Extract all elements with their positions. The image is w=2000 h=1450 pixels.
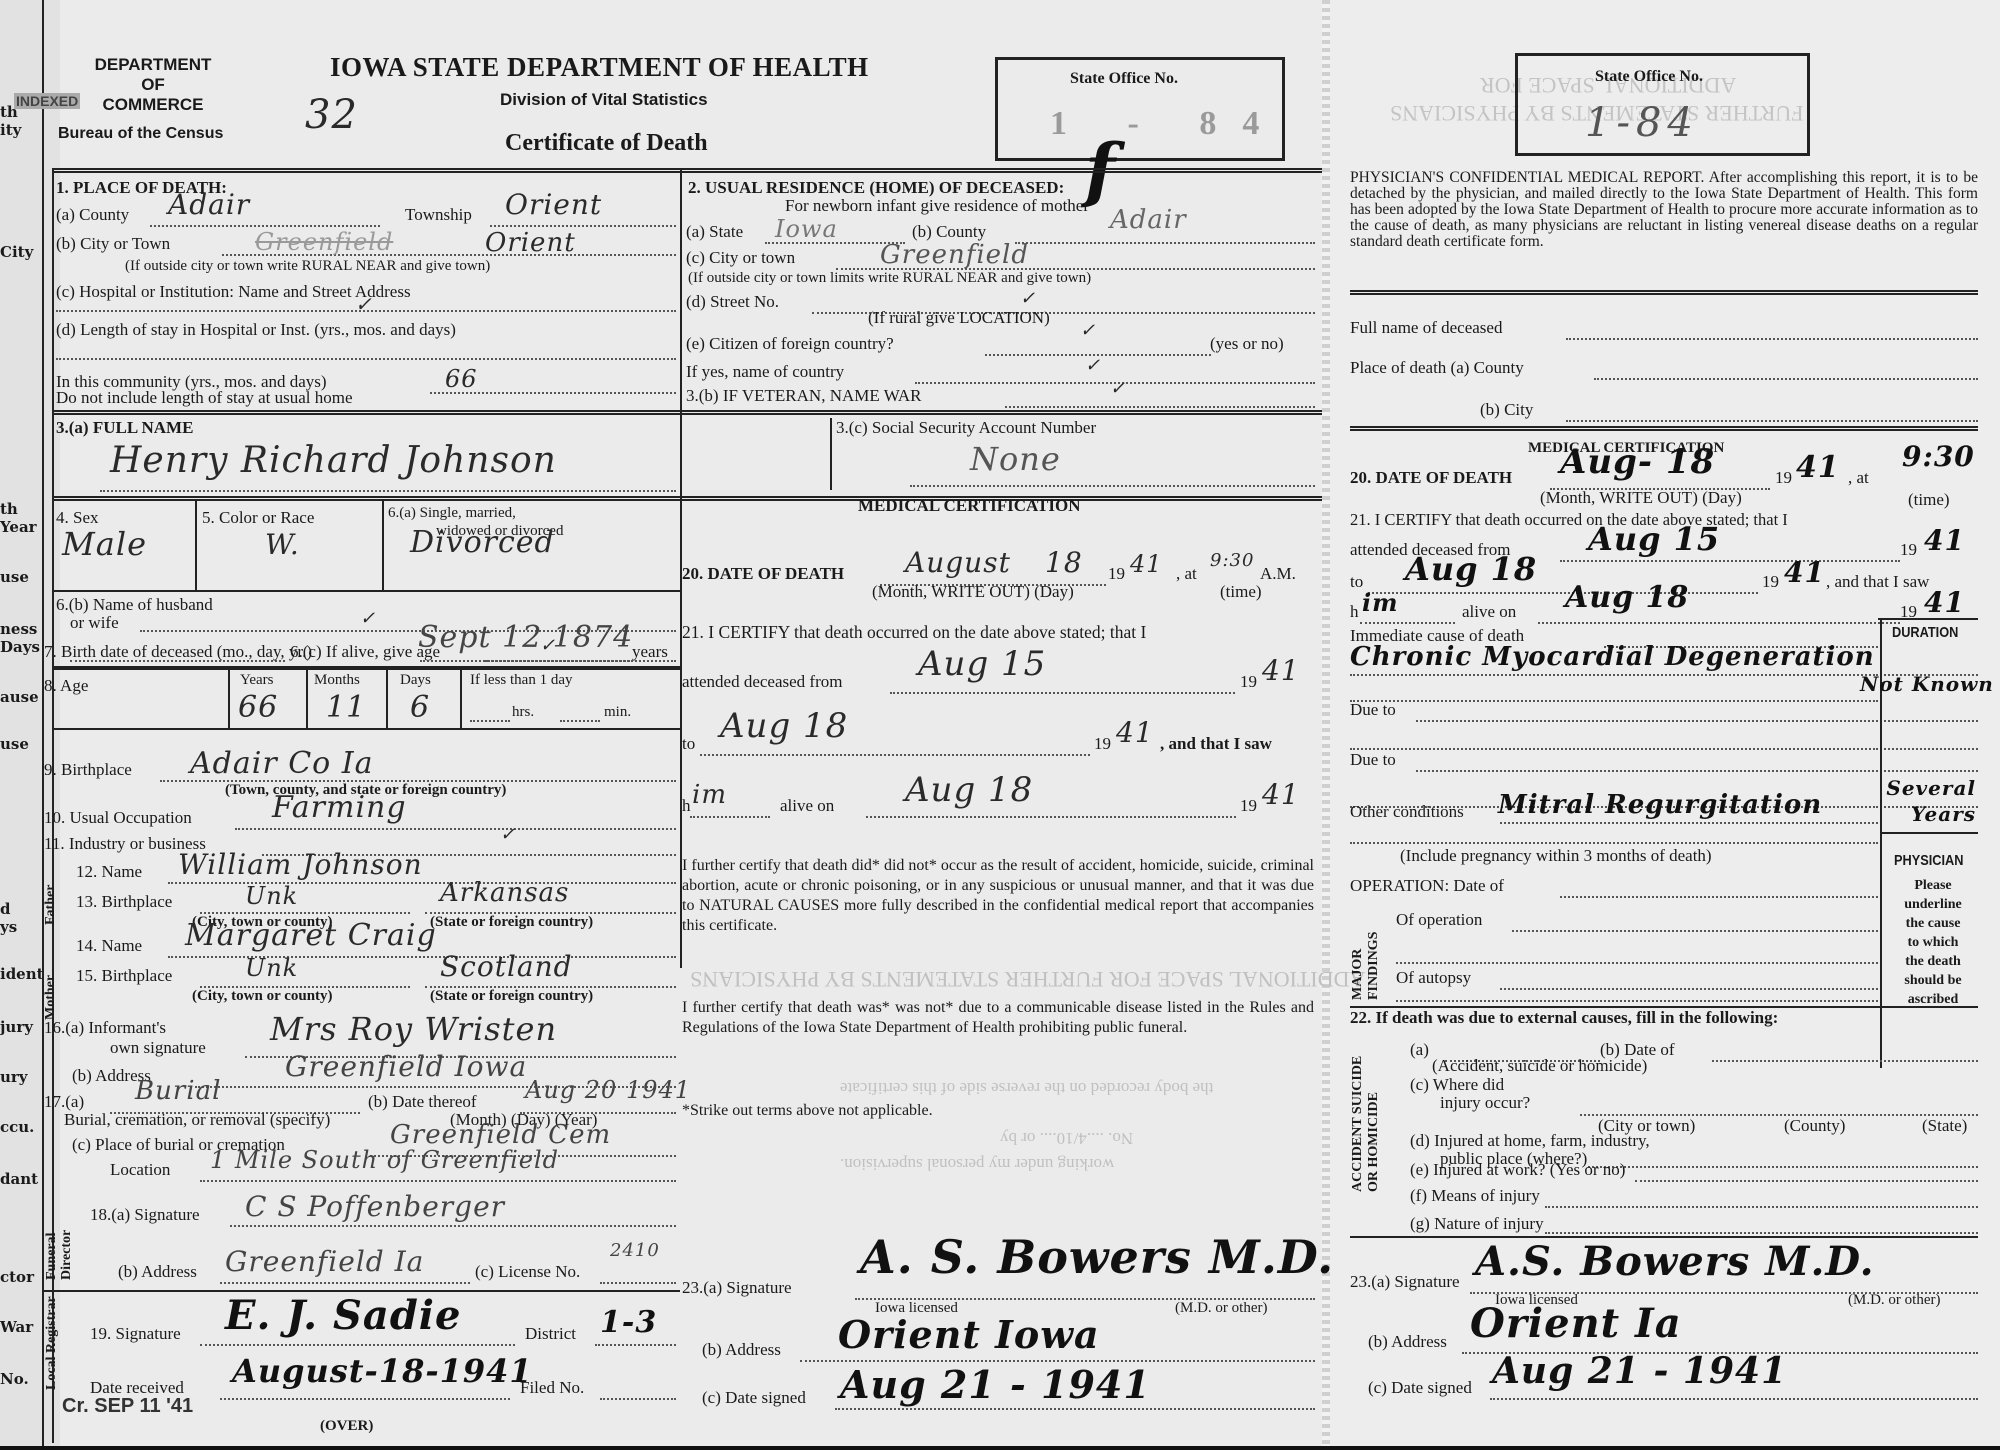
father-state-note: (State or foreign country)	[430, 914, 593, 931]
ext-e-label: (e) Injured at work? (Yes or no)	[1410, 1160, 1625, 1180]
strip-label: d ys	[0, 900, 17, 936]
attended-from-value[interactable]: Aug 15	[918, 644, 1046, 684]
dept-line: OF	[88, 75, 218, 95]
death-date-note: (Month, WRITE OUT) (Day)	[872, 582, 1074, 602]
ext-d-line	[1588, 1166, 1978, 1168]
conf-to-prefix: 19	[1762, 572, 1779, 592]
age-hrs-line	[470, 720, 510, 722]
of-operation-line-2	[1396, 962, 1878, 964]
physician-date-line	[835, 1408, 1315, 1410]
received-date-stamp: Cr. SEP 11 '41	[62, 1395, 193, 1418]
burial-location-label: Location	[110, 1160, 170, 1180]
spouse-age-suffix: years	[632, 642, 668, 662]
birth-value[interactable]: Sept 12 1874	[418, 620, 633, 655]
birth-label: 7. Birth date of deceased (mo., day, yr.…	[44, 642, 312, 662]
conf-intro: PHYSICIAN'S CONFIDENTIAL MEDICAL REPORT.…	[1350, 170, 1978, 250]
residence-heading: 2. USUAL RESIDENCE (HOME) OF DECEASED:	[688, 178, 1064, 198]
occupation-line	[235, 828, 676, 830]
fd-license-label: (c) License No.	[475, 1262, 580, 1282]
ext-a-label: (a)	[1410, 1040, 1429, 1060]
certify-text: 21. I CERTIFY that death occurred on the…	[682, 622, 1146, 643]
informant-label-line: own signature	[44, 1038, 206, 1058]
conf-rule	[1350, 290, 1978, 295]
attended-to-year[interactable]: 41	[1116, 716, 1154, 749]
res-citizen-suffix: (yes or no)	[1210, 334, 1284, 354]
due-to-line-1b	[1350, 748, 1878, 750]
registrar-received-line	[220, 1398, 510, 1400]
age-header-months: Months	[314, 672, 360, 689]
further-certify-2: I further certify that death was* was no…	[682, 998, 1314, 1038]
conf-state-office-label: State Office No.	[1595, 68, 1703, 86]
other-conditions-value[interactable]: Mitral Regurgitation	[1498, 790, 1822, 820]
death-date-label: 20. DATE OF DEATH	[682, 564, 844, 584]
age-col-divider	[306, 668, 308, 728]
community-value[interactable]: 66	[445, 365, 478, 393]
conf-death-year-prefix: 19	[1775, 468, 1792, 488]
ghost-no-line: No. ....4/10.... or by	[1000, 1128, 1133, 1148]
age-min-line	[560, 720, 600, 722]
race-divider	[382, 500, 384, 590]
hospital-value[interactable]: ✓	[355, 292, 373, 316]
duration-rule	[1882, 832, 1978, 834]
res-country-value[interactable]: ✓	[1085, 355, 1101, 376]
him-line	[690, 816, 770, 818]
attended-from-year[interactable]: 41	[1262, 654, 1300, 687]
over-label: (OVER)	[320, 1418, 373, 1435]
city-crossed-value: Greenfield	[255, 228, 393, 256]
res-county-value[interactable]: Adair	[1110, 205, 1187, 235]
alive-year[interactable]: 41	[1262, 778, 1300, 811]
ext-b-line	[1712, 1060, 1978, 1062]
bureau-label: Bureau of the Census	[58, 125, 223, 143]
conf-full-name-line	[1566, 338, 1978, 340]
father-birth-state[interactable]: Arkansas	[440, 878, 569, 908]
conf-him-value[interactable]: im	[1362, 588, 1399, 617]
age-months-value[interactable]: 11	[326, 690, 366, 725]
duration-label: DURATION	[1892, 624, 1958, 641]
conf-signature-label: 23.(a) Signature	[1350, 1272, 1460, 1292]
strip-label: dant	[0, 1170, 38, 1188]
of-operation-label: Of operation	[1396, 910, 1482, 930]
accident-tag: ACCIDENT SUICIDE OR HOMICIDE	[1350, 1052, 1400, 1192]
ext-c-label: (c) Where did injury occur?	[1410, 1076, 1530, 1112]
fd-address-line	[220, 1282, 470, 1284]
physician-date-label: (c) Date signed	[702, 1388, 806, 1408]
strip-label: th Year	[0, 500, 37, 536]
informant-address-value[interactable]: Greenfield Iowa	[285, 1050, 527, 1083]
registrar-signature-line	[200, 1344, 515, 1346]
physician-date-value[interactable]: Aug 21 - 1941	[840, 1362, 1151, 1407]
state-office-label: State Office No.	[1070, 70, 1178, 88]
ext-f-line	[1545, 1206, 1978, 1208]
fd-signature-label: 18.(a) Signature	[90, 1205, 200, 1225]
stay-label: (d) Length of stay in Hospital or Inst. …	[56, 320, 456, 340]
conf-md-note: (M.D. or other)	[1848, 1292, 1940, 1309]
mother-tag: Mother	[44, 940, 58, 1020]
conf-him-line	[1360, 622, 1455, 624]
ext-e-line	[1635, 1180, 1978, 1182]
city-note: (If outside city or town write RURAL NEA…	[125, 258, 490, 275]
physician-title: PHYSICIAN	[1894, 852, 1963, 869]
mother-birth-label: 15. Birthplace	[76, 966, 172, 986]
operation-line	[1560, 896, 1878, 898]
handwritten-number: 32	[305, 92, 358, 138]
certificate-title: Certificate of Death	[505, 130, 708, 157]
res-county-label: (b) County	[912, 222, 986, 242]
registrar-filed-label: Filed No.	[520, 1378, 584, 1398]
pregnancy-note: (Include pregnancy within 3 months of de…	[1400, 846, 1712, 866]
conf-address-value[interactable]: Orient Ia	[1470, 1300, 1682, 1347]
strip-text: ys	[0, 918, 17, 936]
strip-label: ause	[0, 688, 39, 706]
strip-text: ity	[0, 121, 21, 139]
physician-signature-value[interactable]: A. S. Bowers M.D.	[860, 1230, 1334, 1284]
mother-name-value[interactable]: Margaret Craig	[185, 918, 437, 953]
strip-text: th	[0, 500, 37, 518]
ssn-label: 3.(c) Social Security Account Number	[836, 418, 1096, 438]
physician-note-line: should be	[1888, 971, 1978, 990]
conf-death-value[interactable]: Aug- 18	[1560, 442, 1715, 482]
conf-death-label: 20. DATE OF DEATH	[1350, 468, 1512, 488]
age-days-value[interactable]: 6	[410, 690, 430, 725]
city-value[interactable]: Orient	[485, 228, 576, 258]
physician-address-label: (b) Address	[702, 1340, 781, 1360]
ext-c-line: injury occur?	[1410, 1094, 1530, 1112]
father-name-value[interactable]: William Johnson	[178, 848, 423, 881]
strip-label: ury	[0, 1068, 28, 1086]
row-rule	[52, 728, 680, 730]
mother-birth-state[interactable]: Scotland	[440, 950, 573, 983]
death-year-value[interactable]: 41	[1130, 550, 1163, 578]
age-col-divider	[228, 668, 230, 728]
marital-value[interactable]: Divorced	[410, 525, 555, 560]
attended-to-value[interactable]: Aug 18	[720, 706, 848, 746]
immediate-cause-value[interactable]: Chronic Myocardial Degeneration	[1350, 642, 1875, 672]
local-registrar-tag: Local Registrar	[44, 1290, 76, 1390]
of-autopsy-label: Of autopsy	[1396, 968, 1471, 988]
race-value[interactable]: W.	[265, 528, 300, 561]
father-birth-city[interactable]: Unk	[245, 882, 298, 910]
burial-a-label: 17.(a)	[44, 1092, 84, 1112]
immediate-cause-line-2	[1350, 674, 1878, 676]
page-title: IOWA STATE DEPARTMENT OF HEALTH	[330, 52, 869, 83]
physician-note-line: to which	[1888, 933, 1978, 952]
industry-value[interactable]: ✓	[500, 824, 516, 845]
township-label: Township	[405, 205, 472, 225]
hospital-line	[56, 310, 676, 312]
fd-signature-value[interactable]: C S Poffenberger	[245, 1190, 505, 1223]
death-month-value[interactable]: August	[905, 546, 1011, 579]
registrar-filed-line	[600, 1398, 676, 1400]
physician-md-note: (M.D. or other)	[1175, 1300, 1267, 1317]
alive-year-prefix: 19	[1240, 796, 1257, 816]
other-conditions-line	[1500, 822, 1878, 824]
conf-city-label: (b) City	[1480, 400, 1533, 420]
res-city-value[interactable]: Greenfield	[880, 240, 1029, 270]
father-name-label: 12. Name	[76, 862, 142, 882]
res-state-label: (a) State	[686, 222, 743, 242]
physician-note-line: the death	[1888, 952, 1978, 971]
city-label: (b) City or Town	[56, 234, 170, 254]
occupation-value[interactable]: Farming	[272, 790, 407, 825]
conf-attended-to-year[interactable]: 41	[1784, 556, 1825, 589]
fd-address-label: (b) Address	[118, 1262, 197, 1282]
dept-line: COMMERCE	[88, 95, 218, 115]
county-value[interactable]: Adair	[168, 188, 250, 221]
attended-to-label: to	[682, 734, 695, 754]
stay-line	[56, 358, 676, 360]
him-value[interactable]: im	[692, 780, 727, 810]
res-county-line	[1015, 242, 1315, 244]
death-time-note: (time)	[1220, 582, 1262, 602]
age-years-value[interactable]: 66	[238, 690, 278, 725]
conf-state-office-value[interactable]: 1-84	[1585, 100, 1699, 146]
residence-subheading: For newborn infant give residence of mot…	[785, 196, 1089, 216]
section-rule	[52, 410, 1322, 415]
ext-c-line: (c) Where did	[1410, 1076, 1530, 1094]
duration-line	[1884, 748, 1978, 750]
ext-g-label: (g) Nature of injury	[1410, 1214, 1544, 1234]
strip-text: ness	[0, 620, 40, 638]
alive-on-value[interactable]: Aug 18	[905, 770, 1033, 810]
strip-text: Year	[0, 518, 37, 536]
race-label: 5. Color or Race	[202, 508, 314, 528]
conf-attended-from-prefix: 19	[1900, 540, 1917, 560]
marital-label-line: 6.(a) Single, married,	[388, 504, 563, 522]
ext-c-note-county: (County)	[1784, 1116, 1845, 1136]
row-rule	[52, 668, 680, 670]
conf-death-label-text: 20. DATE OF DEATH	[1350, 468, 1512, 487]
attended-from-label: attended deceased from	[682, 672, 842, 692]
occupation-label: 10. Usual Occupation	[44, 808, 192, 828]
strip-label: jury	[0, 1018, 33, 1036]
fd-address-value[interactable]: Greenfield Ia	[225, 1245, 424, 1278]
full-name-label: 3.(a) FULL NAME	[56, 418, 193, 438]
due-to-line-2	[1416, 770, 1878, 772]
attended-from-line	[890, 692, 1235, 694]
registrar-received-value[interactable]: August-18-1941	[232, 1352, 533, 1390]
burial-a-note: Burial, cremation, or removal (specify)	[64, 1110, 330, 1130]
conf-city-line	[1566, 420, 1978, 422]
full-name-value[interactable]: Henry Richard Johnson	[110, 440, 557, 481]
death-date-label-text: 20. DATE OF DEATH	[682, 564, 844, 583]
conf-death-at: , at	[1848, 468, 1869, 488]
death-day-value[interactable]: 18	[1045, 546, 1083, 579]
county-line	[150, 225, 380, 227]
age-header-less-than-day: If less than 1 day	[470, 672, 572, 689]
bottom-edge	[0, 1446, 2000, 1450]
conf-attended-from-line	[1560, 560, 1900, 562]
ext-f-label: (f) Means of injury	[1410, 1186, 1540, 1206]
strip-label: use	[0, 735, 29, 753]
burial-date-label: (b) Date thereof	[368, 1092, 477, 1112]
indexed-stamp: INDEXED	[14, 93, 80, 109]
due-to-line-1	[1416, 720, 1878, 722]
res-veteran-line	[1005, 406, 1315, 408]
ssn-value[interactable]: None	[970, 440, 1061, 478]
physician-note-line: the cause	[1888, 914, 1978, 933]
fd-license-value[interactable]: 2410	[610, 1240, 660, 1261]
conf-attended-to[interactable]: Aug 18	[1405, 550, 1537, 588]
registrar-district-line	[595, 1344, 676, 1346]
ext-g-line	[1545, 1232, 1978, 1234]
informant-signature[interactable]: Mrs Roy Wristen	[270, 1010, 557, 1048]
duration-top-rule	[1878, 618, 1978, 620]
birthplace-value[interactable]: Adair Co Ia	[190, 746, 374, 781]
of-autopsy-line-2	[1396, 1000, 1878, 1002]
age-header-years: Years	[240, 672, 273, 689]
father-tag: Father	[44, 855, 58, 925]
full-name-line	[100, 490, 676, 492]
due-to-label-2: Due to	[1350, 750, 1396, 770]
strip-label: No.	[0, 1370, 29, 1388]
conf-signature-value[interactable]: A.S. Bowers M.D.	[1475, 1238, 1875, 1285]
conf-full-name-label: Full name of deceased	[1350, 318, 1502, 338]
full-name-label-text: 3.(a) FULL NAME	[56, 418, 193, 437]
res-street-value[interactable]: ✓	[1020, 288, 1036, 309]
saw-suffix: , and that I saw	[1160, 734, 1272, 754]
other-conditions-label: Other conditions	[1350, 802, 1464, 822]
ext-d-line: (d) Injured at home, farm, industry,	[1410, 1132, 1650, 1150]
attended-to-line	[700, 754, 1090, 756]
father-birth-label: 13. Birthplace	[76, 892, 172, 912]
strip-label: use	[0, 568, 29, 586]
township-line	[490, 225, 676, 227]
attended-to-year-prefix: 19	[1094, 734, 1111, 754]
duration-line	[1884, 770, 1978, 772]
ext-a-note: (Accident, suicide or homicide)	[1432, 1056, 1647, 1076]
ext-c-note-state: (State)	[1922, 1116, 1967, 1136]
fd-license-line	[600, 1282, 676, 1284]
res-citizen-value[interactable]: ✓	[1080, 320, 1096, 341]
township-value[interactable]: Orient	[505, 188, 602, 221]
major-findings-tag: MAJOR FINDINGS	[1350, 890, 1386, 1000]
burial-location-line	[200, 1180, 676, 1182]
strip-text: d	[0, 900, 17, 918]
conf-rule	[1350, 426, 1978, 431]
conf-alive-line	[1538, 622, 1900, 624]
alive-on-line	[866, 816, 1236, 818]
age-header-days: Days	[400, 672, 431, 689]
conf-him-prefix: h	[1350, 602, 1359, 622]
ssn-divider	[830, 418, 832, 490]
dept-commerce: DEPARTMENT OF COMMERCE	[88, 55, 218, 115]
conf-to-line	[1368, 592, 1758, 594]
mother-birth-city[interactable]: Unk	[245, 954, 298, 982]
burial-location-value[interactable]: 1 Mile South of Greenfield	[210, 1146, 559, 1174]
res-state-value[interactable]: Iowa	[775, 215, 838, 243]
res-veteran-value[interactable]: ✓	[1110, 378, 1126, 399]
strip-label: ctor	[0, 1268, 34, 1286]
registrar-district-label: District	[525, 1324, 576, 1344]
age-hrs-label: hrs.	[512, 704, 534, 721]
death-year-prefix: 19	[1108, 564, 1125, 584]
burial-date-value[interactable]: Aug 20 1941	[525, 1076, 691, 1104]
conf-death-time[interactable]: 9:30	[1902, 440, 1975, 473]
row-rule	[52, 590, 680, 592]
strip-label: City	[0, 243, 33, 261]
physician-note-line: Please	[1888, 876, 1978, 895]
funeral-director-tag: Funeral Director	[44, 1180, 76, 1280]
division-label: Division of Vital Statistics	[500, 90, 708, 110]
conf-death-year[interactable]: 41	[1796, 450, 1840, 485]
row-rule	[52, 666, 680, 668]
duration-line	[1884, 720, 1978, 722]
conf-attended-from-year[interactable]: 41	[1924, 524, 1965, 557]
community-note: Do not include length of stay at usual h…	[56, 388, 353, 408]
death-time-value[interactable]: 9:30	[1210, 550, 1254, 571]
death-at-label: , at	[1176, 564, 1197, 584]
physician-note-line: underline	[1888, 895, 1978, 914]
conf-county-line	[1594, 378, 1978, 380]
conf-date-line	[1490, 1398, 1978, 1400]
birth-line	[420, 660, 676, 662]
conf-date-value[interactable]: Aug 21 - 1941	[1492, 1350, 1787, 1392]
conf-alive-year[interactable]: 41	[1924, 586, 1965, 619]
him-prefix: h	[682, 796, 691, 816]
header-rule	[52, 168, 1322, 173]
res-street-note: (If rural give LOCATION)	[868, 308, 1050, 328]
informant-label: 16.(a) Informant's own signature	[44, 1018, 206, 1058]
ghost-additional-space: ADDITIONAL SPACE FOR FURTHER STATEMENTS …	[690, 966, 1365, 992]
birthplace-label: 9. Birthplace	[44, 760, 132, 780]
mother-state-note: (State or foreign country)	[430, 988, 593, 1005]
res-city-note: (If outside city or town limits write RU…	[688, 270, 1091, 287]
res-city-label: (c) City or town	[686, 248, 795, 268]
other-duration-value[interactable]: Several Years	[1846, 775, 1976, 827]
due-to-label-1: Due to	[1350, 700, 1396, 720]
duration-value[interactable]: Not Known	[1860, 672, 1994, 696]
ssn-line	[910, 485, 1315, 487]
conf-saw-suffix: , and that I saw	[1826, 572, 1929, 592]
registrar-district-value[interactable]: 1-3	[600, 1305, 657, 1340]
fd-signature-line	[230, 1225, 676, 1227]
mother-name-label: 14. Name	[76, 936, 142, 956]
ghost-reverse-line: the body recorded on the reverse side of…	[840, 1078, 1213, 1098]
spouse-value[interactable]: ✓	[360, 608, 376, 629]
res-citizen-label: (e) Citizen of foreign country?	[686, 334, 894, 354]
conf-death-note: (Month, WRITE OUT) (Day)	[1540, 488, 1742, 508]
strip-label: ccu.	[0, 1118, 34, 1136]
registrar-signature-value[interactable]: E. J. Sadie	[225, 1292, 461, 1339]
res-street-label: (d) Street No.	[686, 292, 779, 312]
res-veteran-label: 3.(b) IF VETERAN, NAME WAR	[686, 386, 921, 406]
spouse-label: 6.(b) Name of husband or wife	[56, 596, 213, 632]
conf-alive-value[interactable]: Aug 18	[1565, 580, 1689, 615]
attended-from-year-prefix: 19	[1240, 672, 1257, 692]
physician-address-value[interactable]: Orient Iowa	[838, 1312, 1100, 1357]
external-heading: 22. If death was due to external causes,…	[1350, 1008, 1778, 1028]
age-label: 8. Age	[44, 676, 88, 696]
section-rule	[52, 496, 1322, 501]
conf-alive-label: alive on	[1462, 602, 1516, 622]
conf-attended-from[interactable]: Aug 15	[1588, 520, 1720, 558]
further-certify-1: I further certify that death did* did no…	[682, 856, 1314, 936]
age-col-divider	[460, 668, 462, 728]
strike-note: *Strike out terms above not applicable.	[682, 1102, 933, 1120]
conf-county-label: Place of death (a) County	[1350, 358, 1524, 378]
burial-a-value[interactable]: Burial	[135, 1076, 221, 1106]
sex-value[interactable]: Male	[62, 525, 147, 563]
conf-certify-text: 21. I CERTIFY that death occurred on the…	[1350, 510, 1788, 530]
age-min-label: min.	[604, 704, 631, 721]
registrar-signature-label: 19. Signature	[90, 1324, 181, 1344]
mother-city-note: (City, town or county)	[192, 988, 333, 1005]
sex-divider	[195, 500, 197, 590]
res-country-label: If yes, name of country	[686, 362, 844, 382]
spouse-label-line: 6.(b) Name of husband	[56, 596, 213, 614]
alive-on-label: alive on	[780, 796, 834, 816]
